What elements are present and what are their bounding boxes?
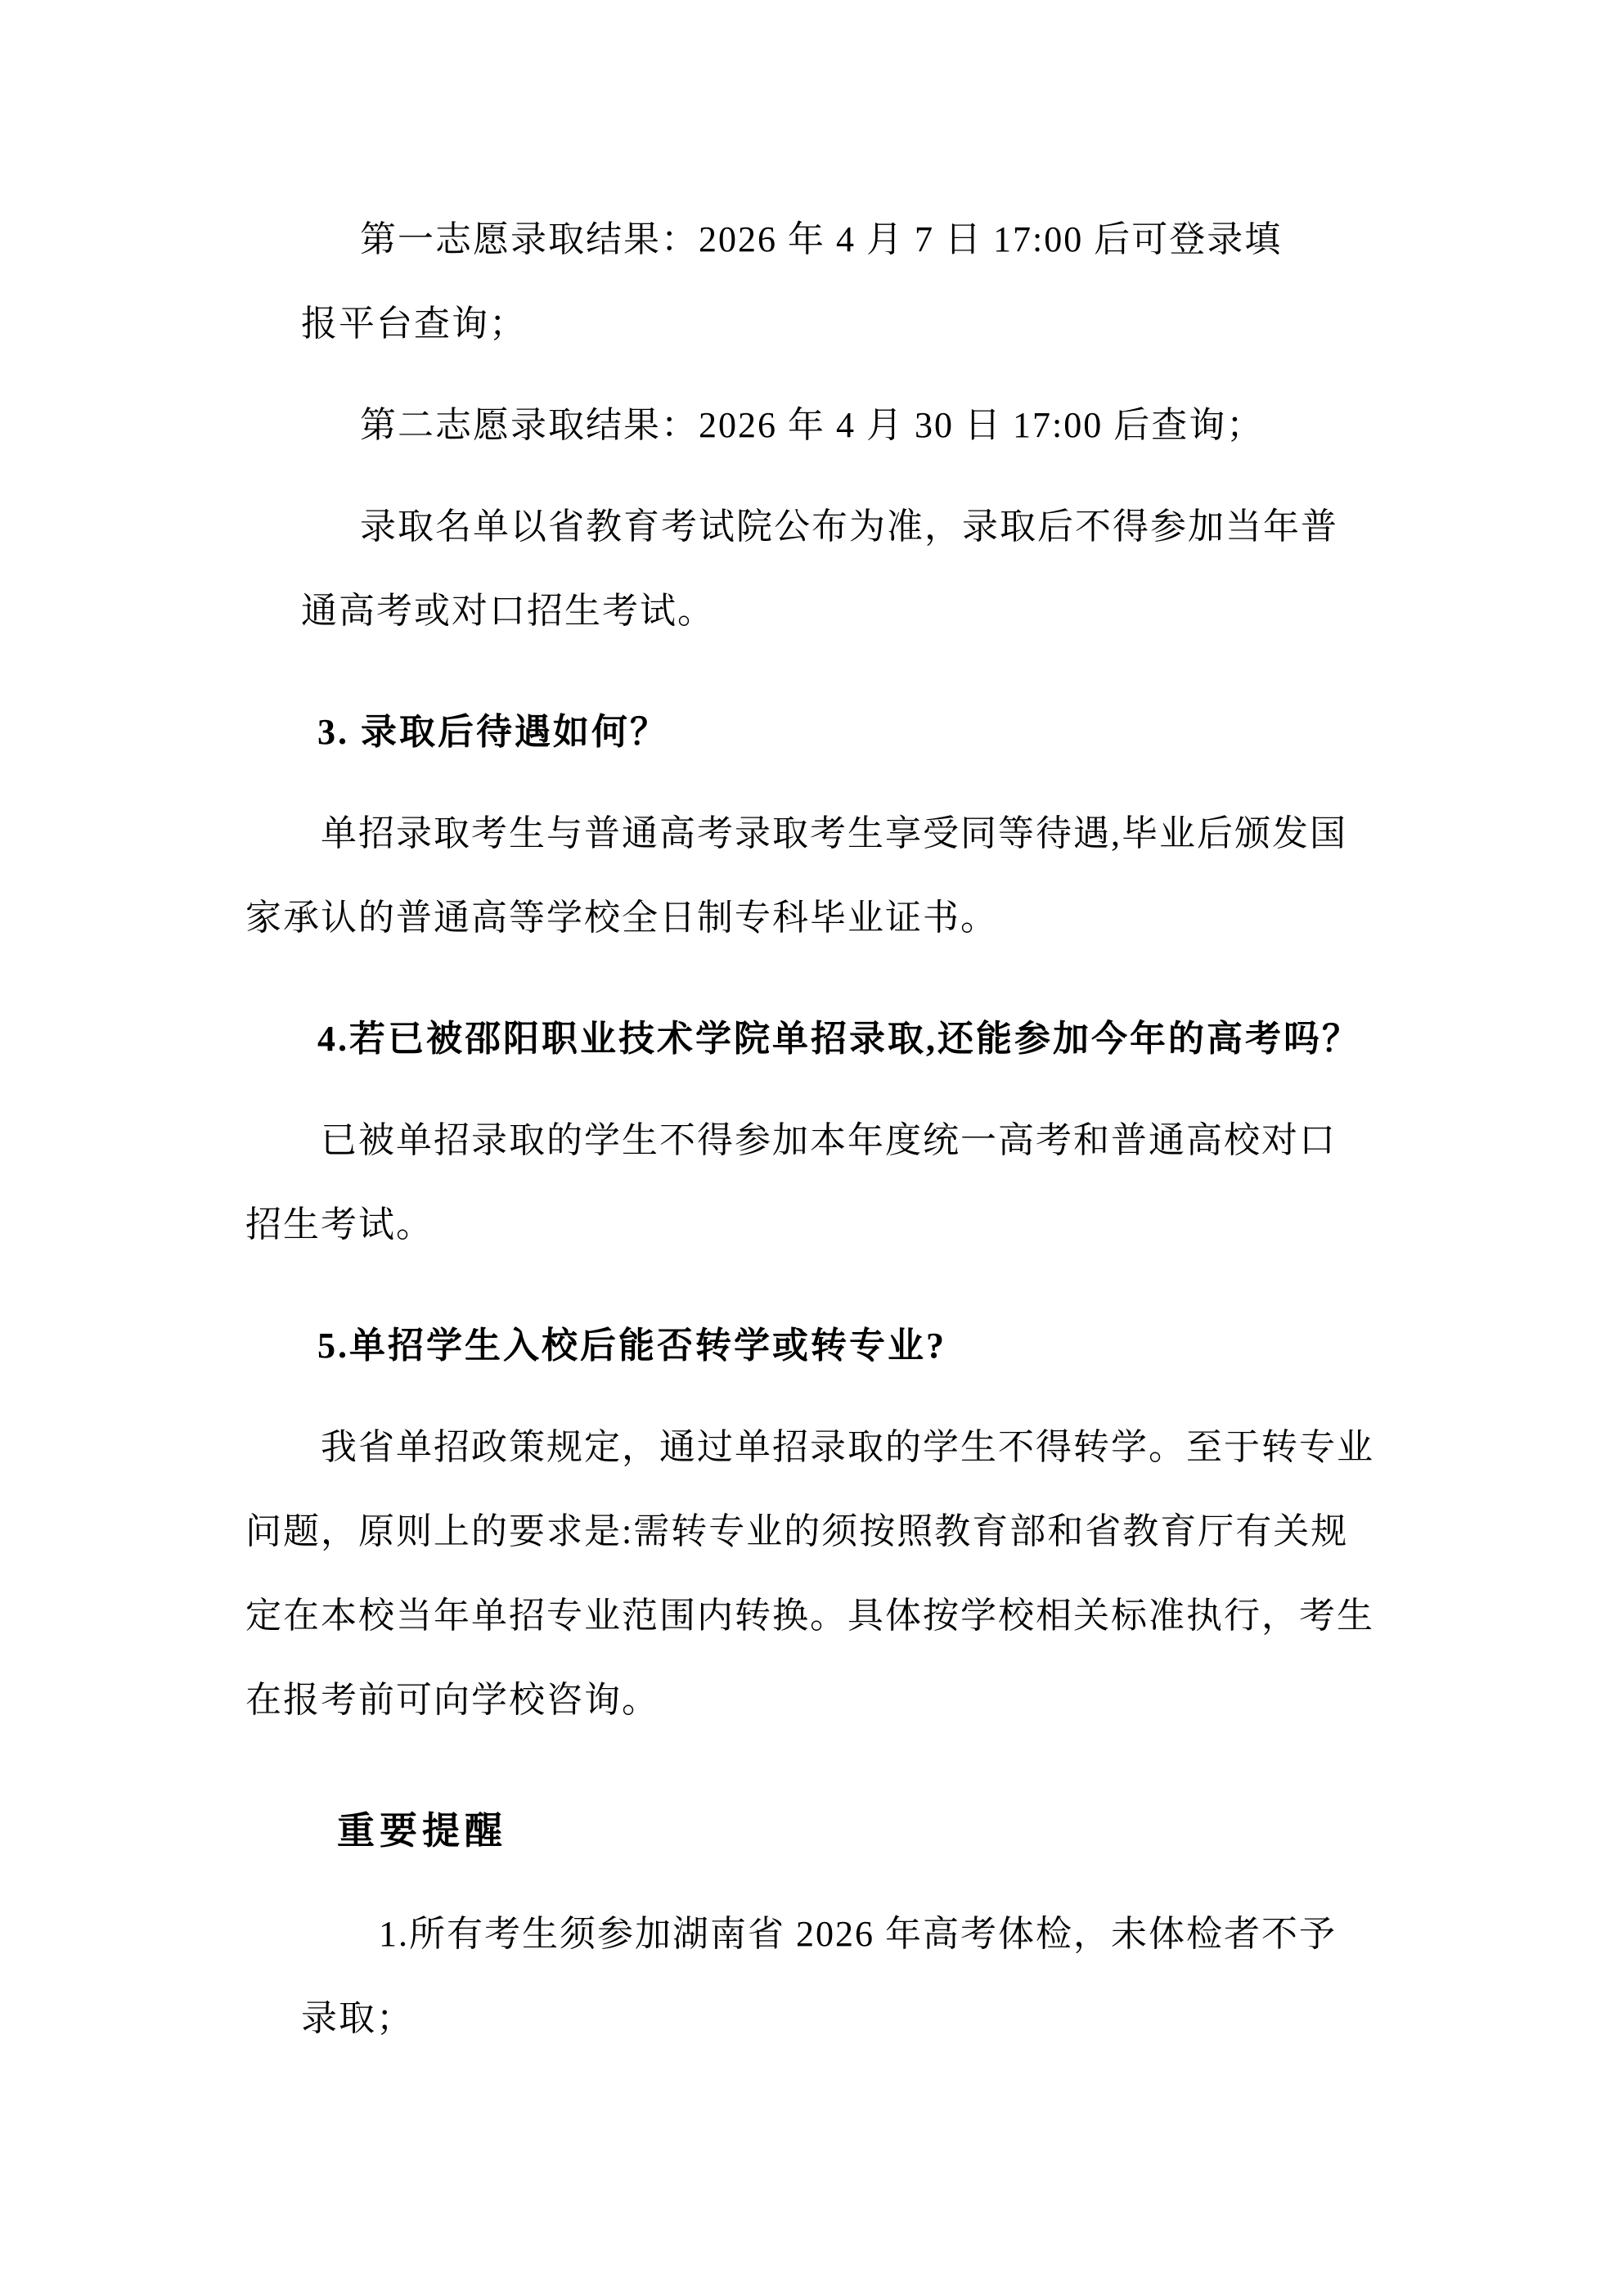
heading-q4: 4.若已被邵阳职业技术学院单招录取,还能参加今年的高考吗？ — [245, 997, 1378, 1081]
heading-q3: 3. 录取后待遇如何？ — [245, 690, 1378, 774]
para-notice-1: 1.所有考生须参加湖南省 2026 年高考体检，未体检者不予 录取； — [301, 1892, 1378, 2060]
para-admission-list-note: 录取名单以省教育考试院公布为准，录取后不得参加当年普 通高考或对口招生考试。 — [301, 484, 1378, 653]
para-second-choice-result: 第二志愿录取结果：2026 年 4 月 30 日 17:00 后查询； — [301, 383, 1378, 467]
heading-important-notice: 重要提醒 — [245, 1786, 1378, 1876]
para-answer-q4: 已被单招录取的学生不得参加本年度统一高考和普通高校对口 招生考试。 — [245, 1098, 1378, 1267]
para-first-choice-result: 第一志愿录取结果：2026 年 4 月 7 日 17:00 后可登录填 报平台查… — [301, 197, 1378, 366]
heading-q5: 5.单招学生入校后能否转学或转专业? — [245, 1303, 1378, 1388]
para-answer-q3: 单招录取考生与普通高考录取考生享受同等待遇,毕业后颁发国 家承认的普通高等学校全… — [245, 791, 1378, 960]
para-answer-q5: 我省单招政策规定，通过单招录取的学生不得转学。至于转专业 问题，原则上的要求是:… — [245, 1405, 1378, 1742]
document-page: 第一志愿录取结果：2026 年 4 月 7 日 17:00 后可登录填 报平台查… — [0, 0, 1623, 2296]
